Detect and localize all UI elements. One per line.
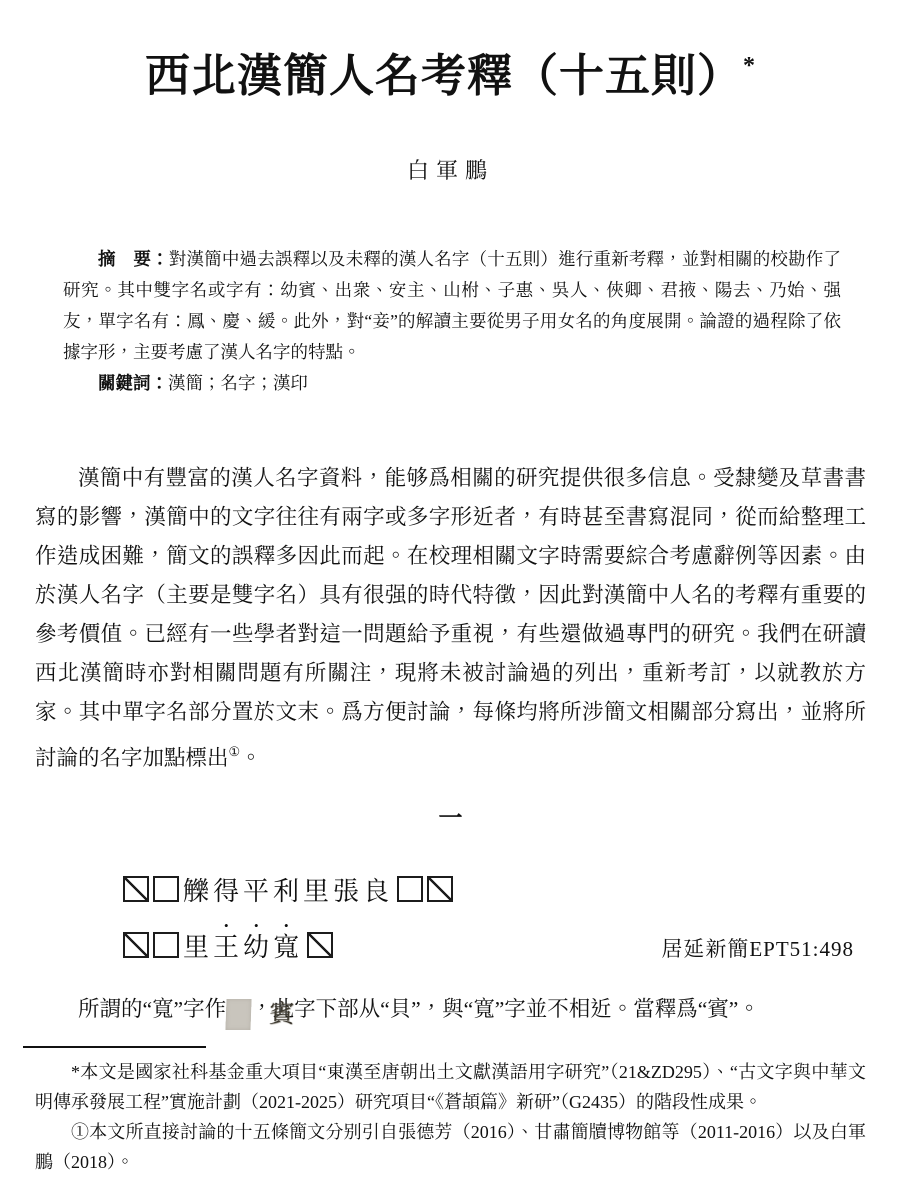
scanned-character-image: 賓 bbox=[226, 999, 252, 1030]
damaged-slip-icon bbox=[123, 876, 149, 902]
footnote-one-marker: ① bbox=[71, 1122, 89, 1142]
discussion-paragraph: 所謂的“寬”字作賓，此字下部从“貝”，與“寬”字並不相近。當釋爲“賓”。 bbox=[35, 991, 866, 1030]
damaged-slip-icon bbox=[123, 932, 149, 958]
slip-line-2-row: 里王幼寬 居延新簡EPT51:498 bbox=[123, 918, 854, 967]
slip-line-2: 里王幼寬 bbox=[123, 918, 337, 966]
discussion-after-glyph: ，此字下部从“貝”，與“寬”字並不相近。當釋爲“賓”。 bbox=[251, 997, 760, 1021]
slip-transcription-block: 觻得平利里張良 里王幼寬 居延新簡EPT51:498 bbox=[123, 874, 854, 967]
footnote-one: ①本文所直接討論的十五條簡文分别引自張德芳（2016）、甘肅簡牘博物館等（201… bbox=[35, 1117, 866, 1177]
abstract-block: 摘 要：對漢簡中過去誤釋以及未釋的漢人名字（十五則）進行重新考釋，並對相關的校勘… bbox=[63, 244, 841, 399]
abstract-text: 對漢簡中過去誤釋以及未釋的漢人名字（十五則）進行重新考釋，並對相關的校勘作了研究… bbox=[63, 249, 841, 362]
section-heading-one: 一 bbox=[35, 802, 866, 836]
damaged-slip-icon bbox=[307, 932, 333, 958]
intro-paragraph-text: 漢簡中有豐富的漢人名字資料，能够爲相關的研究提供很多信息。受隸變及草書書寫的影響… bbox=[35, 466, 866, 770]
missing-char-icon bbox=[397, 876, 423, 902]
slip-citation: 居延新簡EPT51:498 bbox=[661, 931, 854, 967]
damaged-slip-icon bbox=[427, 876, 453, 902]
slip-line-1: 觻得平利里張良 bbox=[123, 874, 854, 910]
footnote-separator-rule bbox=[23, 1046, 206, 1048]
keywords-text: 漢簡；名字；漢印 bbox=[168, 373, 308, 393]
footnote-star-marker: * bbox=[71, 1062, 80, 1082]
keywords-label: 關鍵詞： bbox=[98, 373, 168, 393]
paper-title-text: 西北漢簡人名考釋（十五則） bbox=[145, 51, 743, 101]
intro-paragraph: 漢簡中有豐富的漢人名字資料，能够爲相關的研究提供很多信息。受隸變及草書書寫的影響… bbox=[35, 459, 866, 778]
keywords-line: 關鍵詞：漢簡；名字；漢印 bbox=[63, 368, 841, 399]
discussion-before-glyph: 所謂的“寬”字作 bbox=[78, 997, 226, 1021]
emphasized-person-name: 王幼寬 bbox=[213, 933, 303, 962]
footnotes-block: *本文是國家社科基金重大項目“東漢至唐朝出土文獻漢語用字研究”（21&ZD295… bbox=[35, 1057, 866, 1177]
slip-line-1-text: 觻得平利里張良 bbox=[183, 877, 393, 906]
footnote-one-text: 本文所直接討論的十五條簡文分别引自張德芳（2016）、甘肅簡牘博物館等（2011… bbox=[35, 1122, 866, 1172]
title-footnote-marker: * bbox=[743, 53, 756, 79]
abstract-paragraph: 摘 要：對漢簡中過去誤釋以及未釋的漢人名字（十五則）進行重新考釋，並對相關的校勘… bbox=[63, 244, 841, 368]
slip-line-2-prefix: 里 bbox=[183, 933, 213, 962]
abstract-label: 摘 要： bbox=[98, 249, 169, 269]
paper-page: 西北漢簡人名考釋（十五則）* 白軍鵬 摘 要：對漢簡中過去誤釋以及未釋的漢人名字… bbox=[0, 0, 901, 1181]
footnote-star-text: 本文是國家社科基金重大項目“東漢至唐朝出土文獻漢語用字研究”（21&ZD295）… bbox=[35, 1062, 866, 1112]
footnote-ref-marker: ① bbox=[229, 744, 241, 759]
author-name: 白軍鵬 bbox=[35, 156, 866, 186]
missing-char-icon bbox=[153, 932, 179, 958]
missing-char-icon bbox=[153, 876, 179, 902]
paper-title: 西北漢簡人名考釋（十五則）* bbox=[35, 38, 866, 104]
intro-paragraph-end: 。 bbox=[240, 746, 262, 770]
footnote-star: *本文是國家社科基金重大項目“東漢至唐朝出土文獻漢語用字研究”（21&ZD295… bbox=[35, 1057, 866, 1117]
